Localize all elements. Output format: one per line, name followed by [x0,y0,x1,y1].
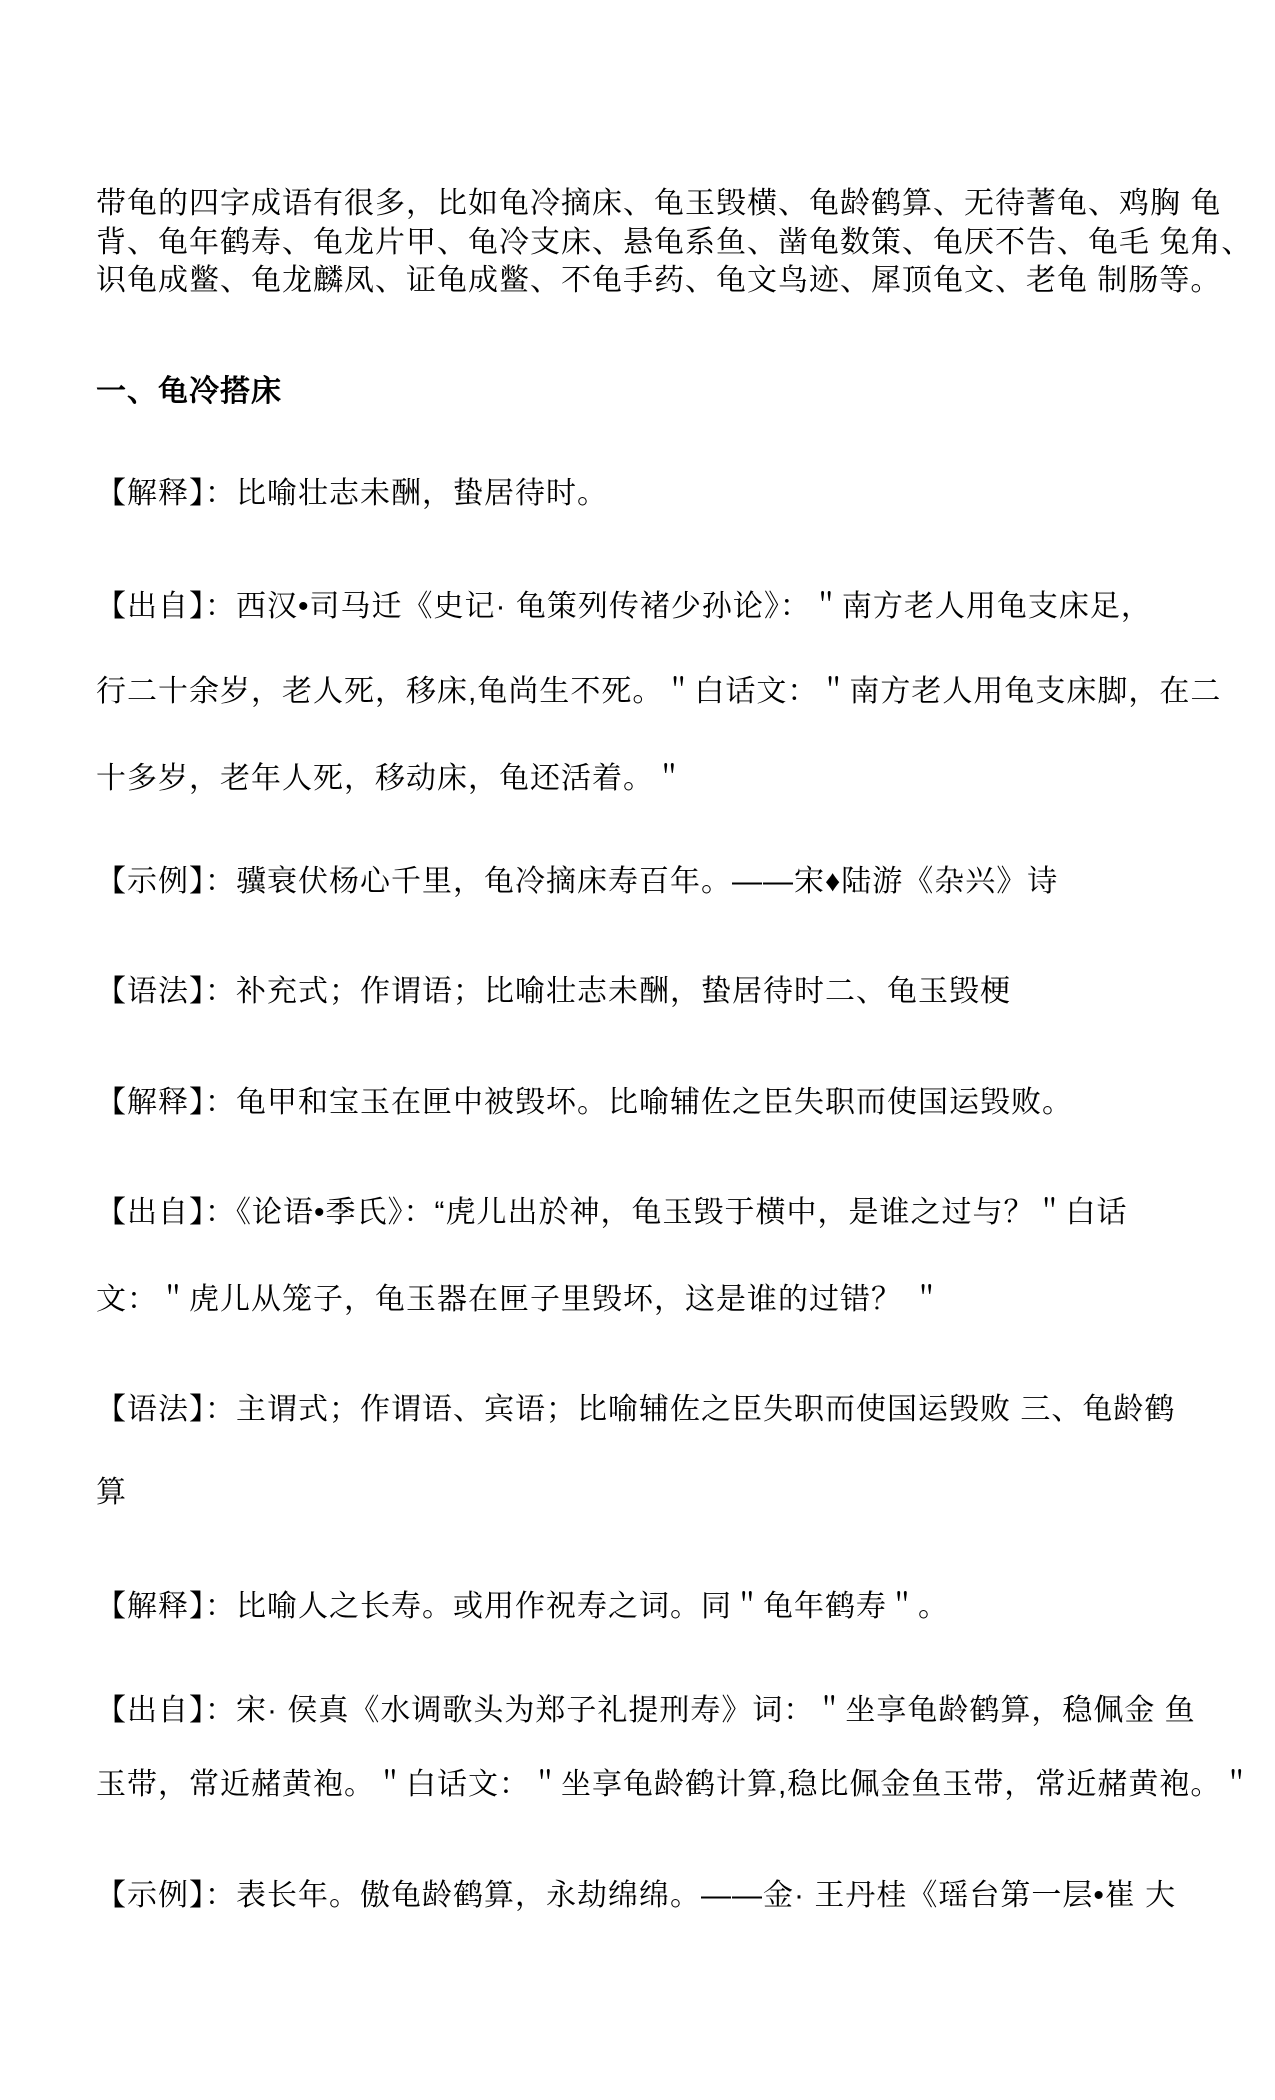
section2-explanation-line: 【解释】：龟甲和宝玉在匣中被毁坏。比喻辅佐之臣失职而使国运毁败。 [96,1084,1073,1122]
section3-example-line: 【示例】：表长年。傲龟龄鹤算，永劫绵绵。——金· 王丹桂《瑶台第一层•崔 大 [96,1877,1176,1915]
section3-source-line-1: 【出自】：宋· 侯真《水调歌头为郑子礼提刑寿》词：＂坐享龟龄鹤算，稳佩金 鱼 [96,1692,1196,1730]
section1-explanation-line: 【解释】：比喻壮志未酬，蛰居待时。 [96,475,608,513]
section2-grammar-line-2: 算 [96,1474,127,1512]
section3-source-line-2: 玉带，常近赭黄袍。＂白话文：＂坐享龟龄鹤计算,稳比佩金鱼玉带，常近赭黄袍。＂ [96,1766,1252,1804]
section1-source-line-3: 十多岁，老年人死，移动床，龟还活着。＂ [96,760,685,798]
intro-paragraph-line-1: 带龟的四字成语有很多，比如龟冷摘床、龟玉毁横、龟龄鹤算、无待蓍龟、鸡胸 龟 [96,185,1221,223]
section2-source-line-2: 文：＂虎儿从笼子，龟玉器在匣子里毁坏，这是谁的过错？ ＂ [96,1281,942,1319]
section2-grammar-line-1: 【语法】：主谓式；作谓语、宾语；比喻辅佐之臣失职而使国运毁败 三、龟龄鹤 [96,1391,1175,1429]
section1-example-line: 【示例】：骥衰伏杨心千里，龟冷摘床寿百年。——宋♦陆游《杂兴》诗 [96,863,1058,901]
section1-heading: 一、龟冷搭床 [96,373,282,411]
section3-explanation-line: 【解释】：比喻人之长寿。或用作祝寿之词。同＂龟年鹤寿＂。 [96,1588,949,1626]
intro-paragraph-line-3: 识龟成鳖、龟龙麟凤、证龟成鳖、不龟手药、龟文鸟迹、犀顶龟文、老龟 制肠等。 [96,262,1221,300]
document-page: 带龟的四字成语有很多，比如龟冷摘床、龟玉毁横、龟龄鹤算、无待蓍龟、鸡胸 龟 背、… [0,0,1275,2100]
section1-source-line-2: 行二十余岁，老人死，移床,龟尚生不死。＂白话文：＂南方老人用龟支床脚，在二 [96,673,1221,711]
intro-paragraph-line-2: 背、龟年鹤寿、龟龙片甲、龟冷支床、悬龟系鱼、凿龟数策、龟厌不告、龟毛 兔角、 [96,224,1252,262]
section1-grammar-line: 【语法】：补充式；作谓语；比喻壮志未酬，蛰居待时二、龟玉毁梗 [96,973,1011,1011]
section1-source-line-1: 【出自】：西汉•司马迁《史记· 龟策列传褚少孙论》：＂南方老人用龟支床足， [96,588,1152,626]
section2-source-line-1: 【出自】：《论语•季氏》：“虎儿出於神，龟玉毁于横中，是谁之过与？＂白话 [96,1194,1128,1232]
